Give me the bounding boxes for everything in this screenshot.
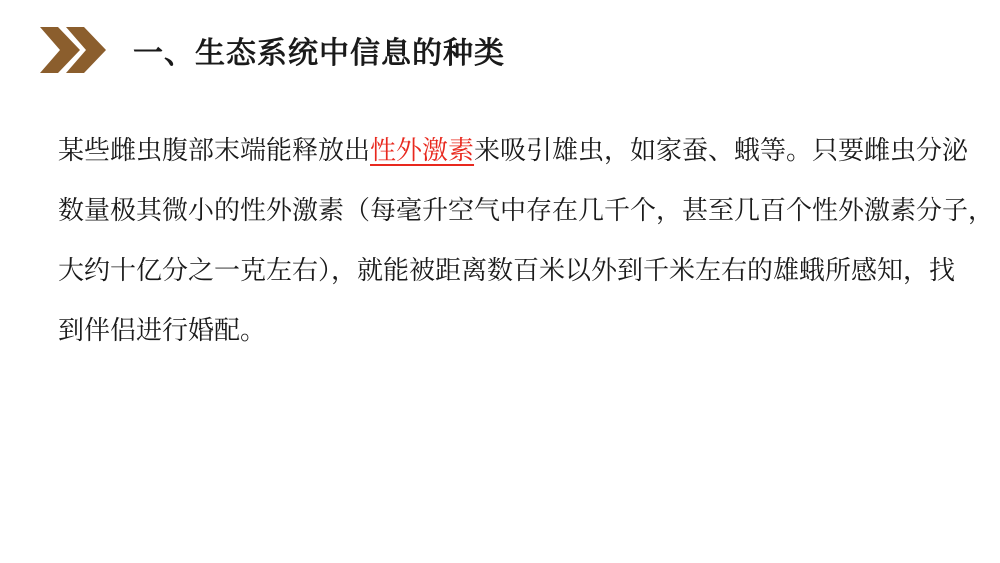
slide-title: 一、生态系统中信息的种类 bbox=[133, 28, 505, 72]
paragraph-line: 某些雌虫腹部末端能释放出性外激素来吸引雄虫，如家蚕、蛾等。只要雌虫分泌 bbox=[58, 120, 983, 180]
highlighted-term: 性外激素 bbox=[370, 135, 474, 165]
paragraph-line: 数量极其微小的性外激素（每毫升空气中存在几千个，甚至几百个性外激素分子， bbox=[58, 180, 983, 240]
body-paragraph: 某些雌虫腹部末端能释放出性外激素来吸引雄虫，如家蚕、蛾等。只要雌虫分泌数量极其微… bbox=[58, 120, 983, 360]
text-segment: 来吸引雄虫，如家蚕、蛾等。只要雌虫分泌 bbox=[474, 135, 968, 165]
slide: 一、生态系统中信息的种类 某些雌虫腹部末端能释放出性外激素来吸引雄虫，如家蚕、蛾… bbox=[0, 0, 1000, 563]
paragraph-line: 大约十亿分之一克左右），就能被距离数百米以外到千米左右的雄蛾所感知，找 bbox=[58, 240, 983, 300]
double-chevron-icon bbox=[40, 27, 106, 73]
text-segment: 某些雌虫腹部末端能释放出 bbox=[58, 135, 370, 165]
text-segment: 到伴侣进行婚配。 bbox=[58, 315, 266, 345]
slide-body: 某些雌虫腹部末端能释放出性外激素来吸引雄虫，如家蚕、蛾等。只要雌虫分泌数量极其微… bbox=[58, 120, 983, 360]
text-segment: 数量极其微小的性外激素（每毫升空气中存在几千个，甚至几百个性外激素分子， bbox=[58, 195, 994, 225]
paragraph-line: 到伴侣进行婚配。 bbox=[58, 300, 983, 360]
slide-header: 一、生态系统中信息的种类 bbox=[40, 27, 505, 73]
text-segment: 大约十亿分之一克左右），就能被距离数百米以外到千米左右的雄蛾所感知，找 bbox=[58, 255, 955, 285]
